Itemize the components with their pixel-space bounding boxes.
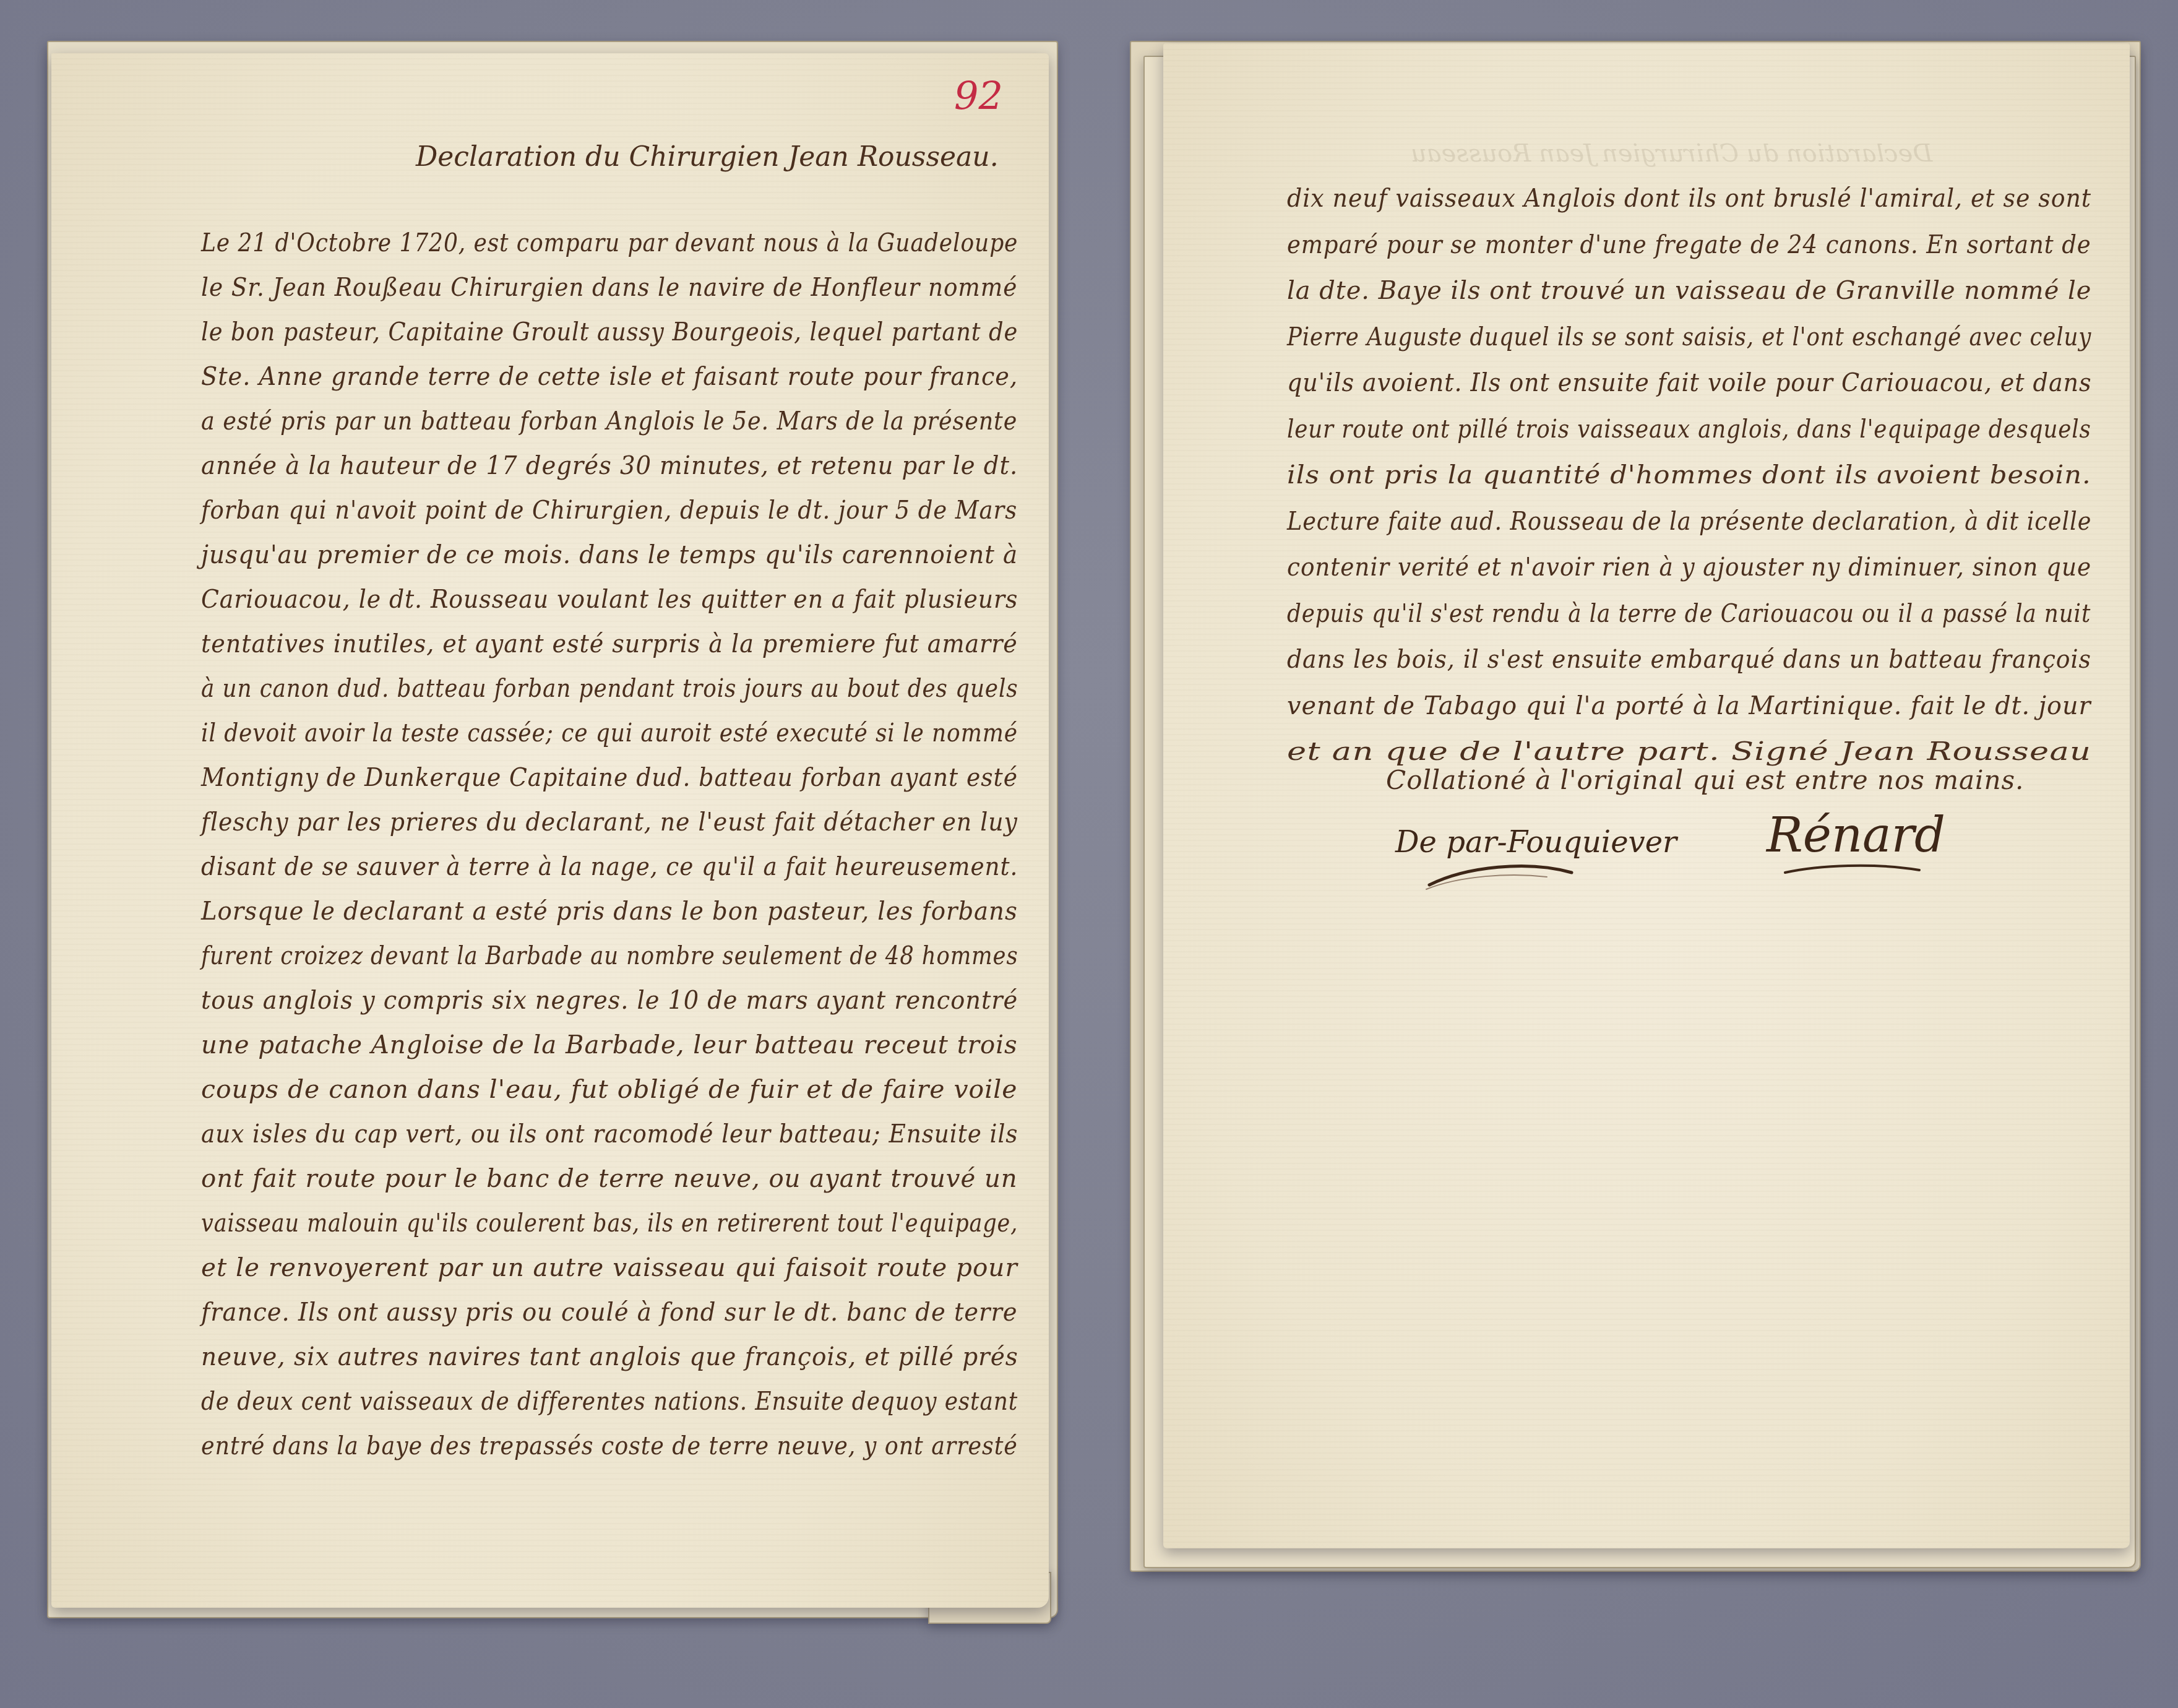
manuscript-line: forban qui n'avoit point de Chirurgien, … xyxy=(201,498,1017,523)
manuscript-line: le Sr. Jean Roußeau Chirurgien dans le n… xyxy=(201,275,1017,300)
folio-number: 92 xyxy=(954,73,1003,118)
manuscript-line: depuis qu'il s'est rendu à la terre de C… xyxy=(1287,601,2091,626)
manuscript-line: année à la hauteur de 17 degrés 30 minut… xyxy=(201,453,1018,478)
manuscript-line: Lecture faite aud. Rousseau de la présen… xyxy=(1287,509,2091,534)
manuscript-line: ont fait route pour le banc de terre neu… xyxy=(201,1166,1018,1191)
manuscript-line: entré dans la baye des trepassés coste d… xyxy=(201,1433,1018,1459)
manuscript-line: tous anglois y compris six negres. le 10… xyxy=(201,988,1018,1013)
manuscript-line: contenir verité et n'avoir rien à y ajou… xyxy=(1287,554,2091,580)
manuscript-line: furent croizez devant la Barbade au nomb… xyxy=(201,943,1018,968)
manuscript-line: à un canon dud. batteau forban pendant t… xyxy=(201,676,1018,701)
manuscript-line: france. Ils ont aussy pris ou coulé à fo… xyxy=(201,1300,1018,1325)
manuscript-line: Le 21 d'Octobre 1720, est comparu par de… xyxy=(201,230,1018,256)
manuscript-line: la dte. Baye ils ont trouvé un vaisseau … xyxy=(1287,278,2091,303)
manuscript-line: qu'ils avoient. Ils ont ensuite fait voi… xyxy=(1287,370,2092,395)
manuscript-line: dans les bois, il s'est ensuite embarqué… xyxy=(1287,647,2091,672)
manuscript-line: le bon pasteur, Capitaine Groult aussy B… xyxy=(201,319,1018,345)
manuscript-line: coups de canon dans l'eau, fut obligé de… xyxy=(201,1077,1018,1102)
manuscript-line: Montigny de Dunkerque Capitaine dud. bat… xyxy=(201,765,1018,790)
manuscript-line: tentatives inutiles, et ayant esté surpr… xyxy=(201,631,1018,657)
signature-right-flourish xyxy=(1782,860,1924,885)
manuscript-line: jusqu'au premier de ce mois. dans le tem… xyxy=(201,542,1018,567)
manuscript-line: dix neuf vaisseaux Anglois dont ils ont … xyxy=(1287,186,2091,211)
manuscript-line: il devoit avoir la teste cassée; ce qui … xyxy=(201,720,1018,746)
manuscript-line: leur route ont pillé trois vaisseaux ang… xyxy=(1287,416,2091,442)
manuscript-line: et an que de l'autre part. Signé Jean Ro… xyxy=(1287,739,2091,764)
collation-line: Collationé à l'original qui est entre no… xyxy=(1386,767,2024,793)
manuscript-line: disant de se sauver à terre à la nage, c… xyxy=(201,854,1018,879)
signature-left: De par-Fouquiever xyxy=(1395,825,1677,860)
bleed-through-text: Declaration du Chirurgien Jean Rousseau xyxy=(1411,139,1932,168)
manuscript-line: Lorsque le declarant a esté pris dans le… xyxy=(201,899,1018,924)
manuscript-line: venant de Tabago qui l'a porté à la Mart… xyxy=(1287,693,2091,718)
manuscript-line: emparé pour se monter d'une fregate de 2… xyxy=(1287,232,2091,257)
document-title: Declaration du Chirurgien Jean Rousseau. xyxy=(416,141,929,173)
signature-left-flourish xyxy=(1423,857,1584,894)
manuscript-line: de deux cent vaisseaux de differentes na… xyxy=(201,1389,1018,1414)
manuscript-line: a esté pris par un batteau forban Angloi… xyxy=(201,408,1017,434)
right-manuscript-page xyxy=(1163,43,2130,1548)
manuscript-line: et le renvoyerent par un autre vaisseau … xyxy=(201,1255,1018,1280)
manuscript-line: Pierre Auguste duquel ils se sont saisis… xyxy=(1287,324,2091,350)
manuscript-line: fleschy par les prieres du declarant, ne… xyxy=(201,809,1018,835)
manuscript-line: aux isles du cap vert, ou ils ont racomo… xyxy=(201,1121,1018,1147)
manuscript-line: Cariouacou, le dt. Rousseau voulant les … xyxy=(201,587,1018,612)
manuscript-line: Ste. Anne grande terre de cette isle et … xyxy=(201,364,1018,389)
manuscript-line: neuve, six autres navires tant anglois q… xyxy=(201,1344,1018,1369)
manuscript-line: ils ont pris la quantité d'hommes dont i… xyxy=(1287,462,2091,488)
signature-right: Rénard xyxy=(1767,808,1945,863)
manuscript-line: une patache Angloise de la Barbade, leur… xyxy=(201,1032,1018,1058)
manuscript-line: vaisseau malouin qu'ils coulerent bas, i… xyxy=(201,1210,1018,1236)
